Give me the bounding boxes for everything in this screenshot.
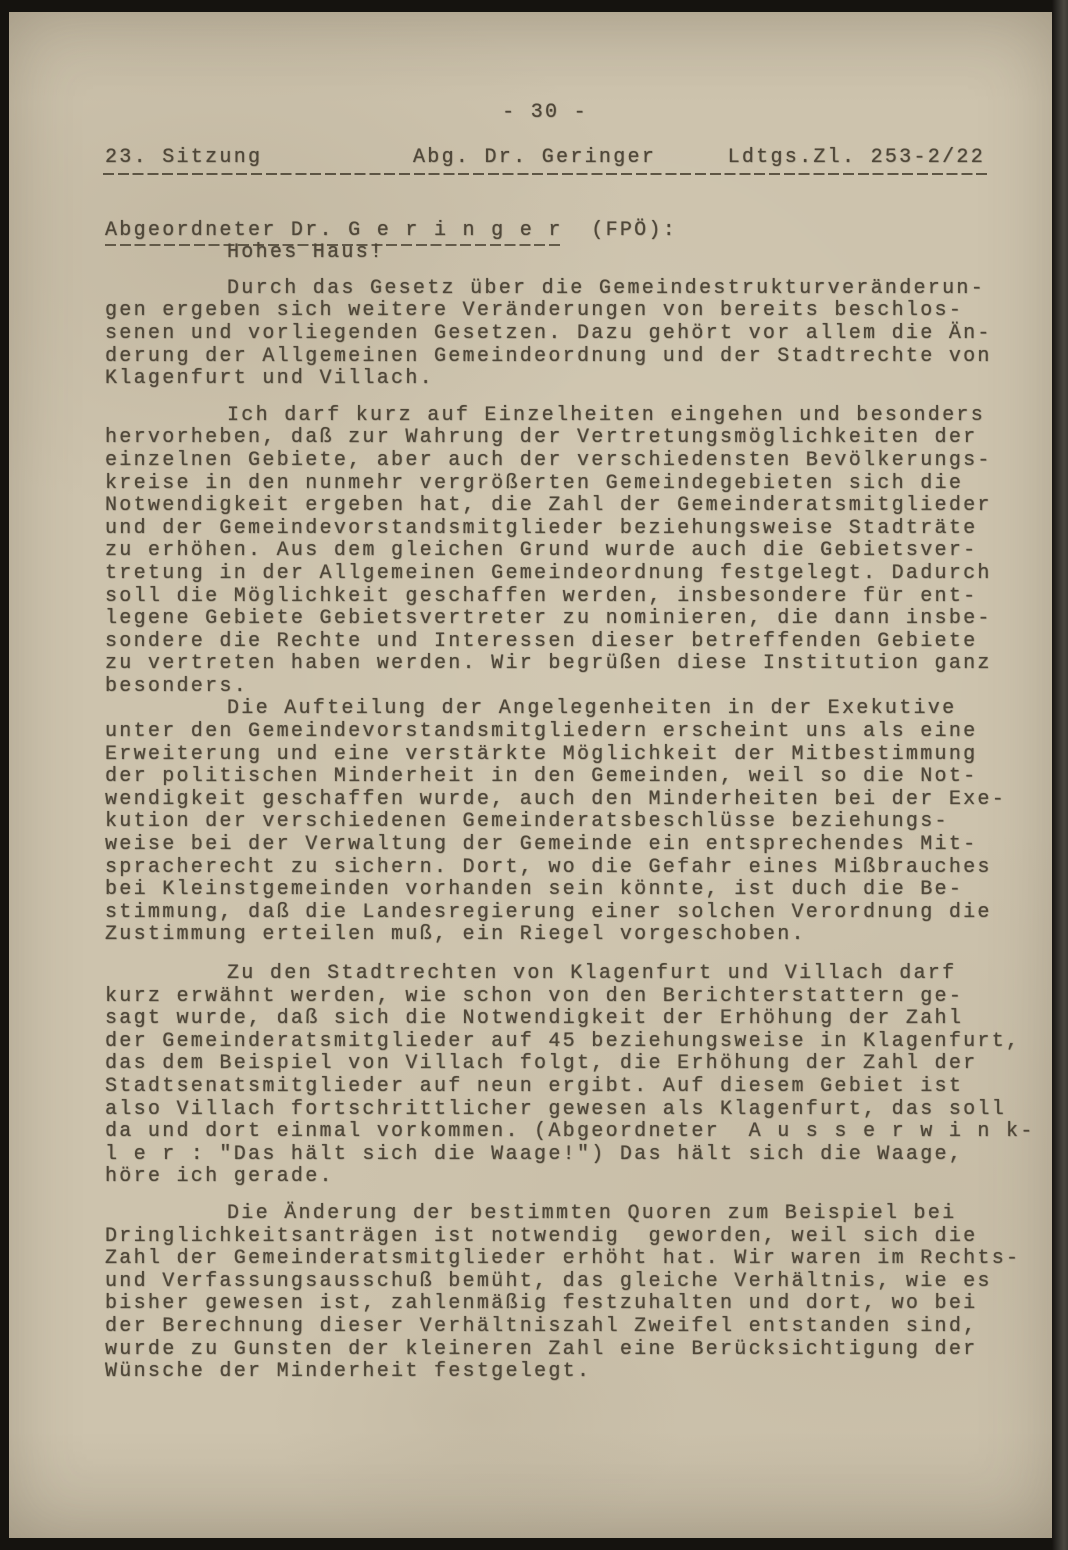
text-line: derung der Allgemeinen Gemeindeordnung u… — [105, 346, 985, 369]
text-line: gen ergeben sich weitere Veränderungen v… — [105, 300, 985, 323]
speaker-party: (FPÖ): — [563, 219, 677, 242]
scanned-document: { "page": { "page_number": "- 30 -", "he… — [0, 0, 1068, 1550]
page-header: 23. Sitzung Abg. Dr. Geringer Ldtgs.Zl. … — [105, 147, 985, 170]
text-line: Zu den Stadtrechten von Klagenfurt und V… — [105, 963, 985, 986]
text-line: legene Gebiete Gebietsvertreter zu nomin… — [105, 608, 985, 631]
text-line: wurde zu Gunsten der kleineren Zahl eine… — [105, 1339, 985, 1362]
text-line: der politischen Minderheit in den Gemein… — [105, 766, 985, 789]
text-line: senen und vorliegenden Gesetzen. Dazu ge… — [105, 323, 985, 346]
header-session: 23. Sitzung — [105, 147, 262, 170]
text-line: sondere die Rechte und Interessen dieser… — [105, 631, 985, 654]
text-line: tretung in der Allgemeinen Gemeindeordnu… — [105, 563, 985, 586]
text-line: und Verfassungsausschuß bemüht, das glei… — [105, 1271, 985, 1294]
text-line: sagt wurde, daß sich die Notwendigkeit d… — [105, 1008, 985, 1031]
paragraph-1: Durch das Gesetz über die Gemeindestrukt… — [105, 278, 985, 391]
text-line: Zahl der Gemeinderatsmitglieder erhöht h… — [105, 1248, 985, 1271]
text-line: kution der verschiedenen Gemeinderatsbes… — [105, 811, 985, 834]
speaker-name: Abgeordneter Dr. G e r i n g e r — [105, 220, 563, 243]
text-line: zu vertreten haben werden. Wir begrüßen … — [105, 653, 985, 676]
text-line: Klagenfurt und Villach. — [105, 368, 985, 391]
paragraph-4: Zu den Stadtrechten von Klagenfurt und V… — [105, 963, 985, 1189]
text-line: wendigkeit geschaffen wurde, auch den Mi… — [105, 789, 985, 812]
page-number: - 30 - — [105, 102, 985, 125]
text-line: l e r : "Das hält sich die Waage!") Das … — [105, 1144, 985, 1167]
text-line: der Berechnung dieser Verhältniszahl Zwe… — [105, 1316, 985, 1339]
paragraph-3: Die Aufteilung der Angelegenheiten in de… — [105, 698, 985, 947]
text-line: da und dort einmal vorkommen. (Abgeordne… — [105, 1121, 985, 1144]
text-line: besonders. — [105, 676, 985, 699]
speaker-line: Abgeordneter Dr. G e r i n g e r (FPÖ): — [105, 220, 985, 243]
text-line: zu erhöhen. Aus dem gleichen Grund wurde… — [105, 540, 985, 563]
text-line: also Villach fortschrittlicher gewesen a… — [105, 1099, 985, 1122]
text-line: Die Aufteilung der Angelegenheiten in de… — [105, 698, 985, 721]
text-line: der Gemeinderatsmitglieder auf 45 bezieh… — [105, 1031, 985, 1054]
paper: - 30 - 23. Sitzung Abg. Dr. Geringer Ldt… — [9, 12, 1052, 1538]
text-line: das dem Beispiel von Villach folgt, die … — [105, 1053, 985, 1076]
text-line: Durch das Gesetz über die Gemeindestrukt… — [105, 278, 985, 301]
text-line: unter den Gemeindevorstandsmitgliedern e… — [105, 721, 985, 744]
text-line: Erweiterung und eine verstärkte Möglichk… — [105, 744, 985, 767]
text-line: soll die Möglichkeit geschaffen werden, … — [105, 586, 985, 609]
text-line: weise bei der Verwaltung der Gemeinde ei… — [105, 834, 985, 857]
text-line: Die Änderung der bestimmten Quoren zum B… — [105, 1203, 985, 1226]
scan-right-edge — [1052, 0, 1068, 1550]
header-speaker: Abg. Dr. Geringer — [413, 147, 656, 170]
text-line: Ich darf kurz auf Einzelheiten eingehen … — [105, 405, 985, 428]
text-line: hervorheben, daß zur Wahrung der Vertret… — [105, 427, 985, 450]
text-line: bei Kleinstgemeinden vorhanden sein könn… — [105, 879, 985, 902]
text-line: bisher gewesen ist, zahlenmäßig festzuha… — [105, 1293, 985, 1316]
text-line: kurz erwähnt werden, wie schon von den B… — [105, 986, 985, 1009]
paragraph-2: Ich darf kurz auf Einzelheiten eingehen … — [105, 405, 985, 699]
header-reference: Ldtgs.Zl. 253-2/22 — [728, 147, 985, 170]
text-line: spracherecht zu sichern. Dort, wo die Ge… — [105, 857, 985, 880]
text-line: Notwendigkeit ergeben hat, die Zahl der … — [105, 495, 985, 518]
text-line: höre ich gerade. — [105, 1166, 985, 1189]
paragraph-5: Die Änderung der bestimmten Quoren zum B… — [105, 1203, 985, 1384]
text-line: Stadtsenatsmitglieder auf neun ergibt. A… — [105, 1076, 985, 1099]
text-line: Dringlichkeitsanträgen ist notwendig gew… — [105, 1226, 985, 1249]
text-line: und der Gemeindevorstandsmitglieder bezi… — [105, 518, 985, 541]
text-line: einzelnen Gebiete, aber auch der verschi… — [105, 450, 985, 473]
text-line: Zustimmung erteilen muß, ein Riegel vorg… — [105, 924, 985, 947]
text-line: stimmung, daß die Landesregierung einer … — [105, 902, 985, 925]
text-line: Wünsche der Minderheit festgelegt. — [105, 1361, 985, 1384]
text-line: kreise in den nunmehr vergrößerten Gemei… — [105, 473, 985, 496]
page-content: - 30 - 23. Sitzung Abg. Dr. Geringer Ldt… — [105, 102, 985, 1384]
